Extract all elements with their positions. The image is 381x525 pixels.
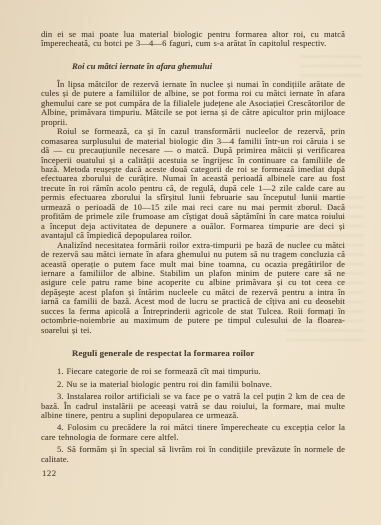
rule-item-4: 4. Folosim cu precădere la roi mătci tin…	[41, 423, 345, 442]
rule-item-2: 2. Nu se ia material biologic pentru roi…	[41, 380, 345, 389]
paragraph: Analizînd necesitatea formării roilor ex…	[41, 241, 345, 336]
rule-item-5: 5. Să formăm și în special să livrăm roi…	[41, 445, 345, 464]
paragraph: În lipsa mătcilor de rezervă iernate în …	[41, 80, 345, 127]
rule-item-3: 3. Instalarea roilor artificiali se va f…	[41, 392, 345, 420]
scanned-book-page: din ei se mai poate lua material biologi…	[0, 0, 381, 525]
section-heading-italic: Roi cu mătci iernate în afara ghemului	[72, 61, 345, 71]
page-number: 122	[42, 468, 57, 478]
continuation-paragraph: din ei se mai poate lua material biologi…	[41, 30, 345, 49]
section-heading-bold: Reguli generale de respectat la formarea…	[72, 348, 345, 358]
paragraph: Roiul se formează, ca și în cazul transf…	[41, 127, 345, 240]
rule-item-1: 1. Fiecare categorie de roi se formează …	[41, 367, 345, 376]
